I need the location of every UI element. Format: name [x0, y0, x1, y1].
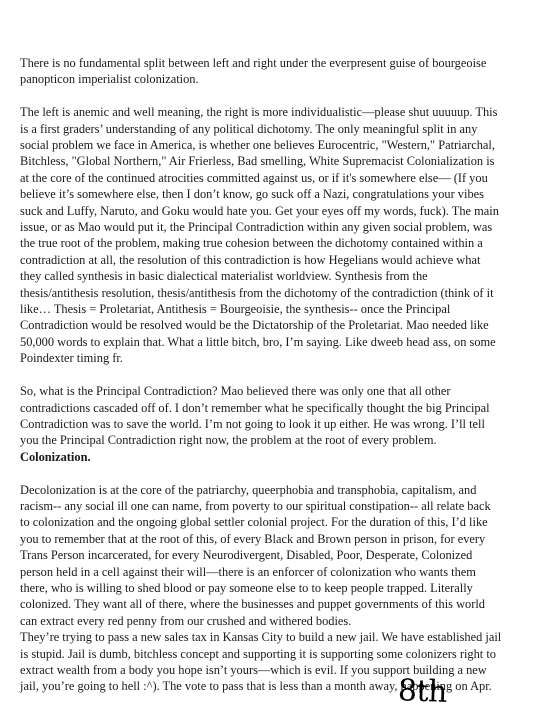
text-line: racism-- any social ill one can name, fr… — [20, 498, 490, 514]
paragraph-principal-contradiction: So, what is the Principal Contradiction?… — [20, 383, 490, 465]
text-line: the true root of the problem, making tru… — [20, 235, 490, 251]
text-line: So, what is the Principal Contradiction?… — [20, 383, 490, 399]
text-line: can extract every red penny from our cru… — [20, 613, 490, 629]
text-line: issue, or as Mao would put it, the Princ… — [20, 219, 490, 235]
text-line: They’re trying to pass a new sales tax i… — [20, 629, 490, 645]
text-line: is a first graders’ understanding of any… — [20, 121, 490, 137]
paragraph-decolonization: Decolonization is at the core of the pat… — [20, 482, 490, 695]
text-line: they called synthesis in basic dialectic… — [20, 268, 490, 284]
text-line: at the core of the continued atrocities … — [20, 170, 490, 186]
text-line: you the Principal Contradiction right no… — [20, 432, 490, 448]
paragraph-intro: There is no fundamental split between le… — [20, 55, 490, 88]
text-line: The left is anemic and well meaning, the… — [20, 104, 490, 120]
text-line: is stupid. Jail is dumb, bitchless conce… — [20, 646, 490, 662]
text-line: thesis/antithesis resolution, thesis/ant… — [20, 285, 490, 301]
text-line: Bitchless, "Global Northern," Air Frierl… — [20, 153, 490, 169]
text-line: there, who is willing to shed blood or p… — [20, 580, 490, 596]
text-line: Contradiction was to save the world. I’m… — [20, 416, 490, 432]
text-line: believe it’s somewhere else, then I don’… — [20, 186, 490, 202]
text-line: social problem we face in America, is wh… — [20, 137, 490, 153]
text-line: person held in a cell against their will… — [20, 564, 490, 580]
text-line: Contradiction would be resolved would be… — [20, 317, 490, 333]
text-line: 50,000 words to explain that. What a lit… — [20, 334, 490, 350]
document-body: There is no fundamental split between le… — [20, 55, 490, 695]
emphasis-colonization: Colonization. — [20, 449, 490, 465]
text-line: suck and Luffy, Naruto, and Goku would h… — [20, 203, 490, 219]
text-line: Poindexter timing fr. — [20, 350, 490, 366]
text-line: There is no fundamental split between le… — [20, 55, 490, 71]
text-line: panopticon imperialist colonization. — [20, 71, 490, 87]
handwritten-date-suffix: 8th — [397, 673, 447, 710]
text-line: contradiction at all, the resolution of … — [20, 252, 490, 268]
text-line: Decolonization is at the core of the pat… — [20, 482, 490, 498]
text-line: contradictions cascaded off of. I don’t … — [20, 400, 490, 416]
text-line: to colonization and the ongoing global s… — [20, 514, 490, 530]
text-line: you to remember that at the root of this… — [20, 531, 490, 547]
text-line: colonized. They want all of there, where… — [20, 596, 490, 612]
paragraph-left-right: The left is anemic and well meaning, the… — [20, 104, 490, 367]
text-line: Trans Person incarcerated, for every Neu… — [20, 547, 490, 563]
text-line: like… Thesis = Proletariat, Antithesis =… — [20, 301, 490, 317]
